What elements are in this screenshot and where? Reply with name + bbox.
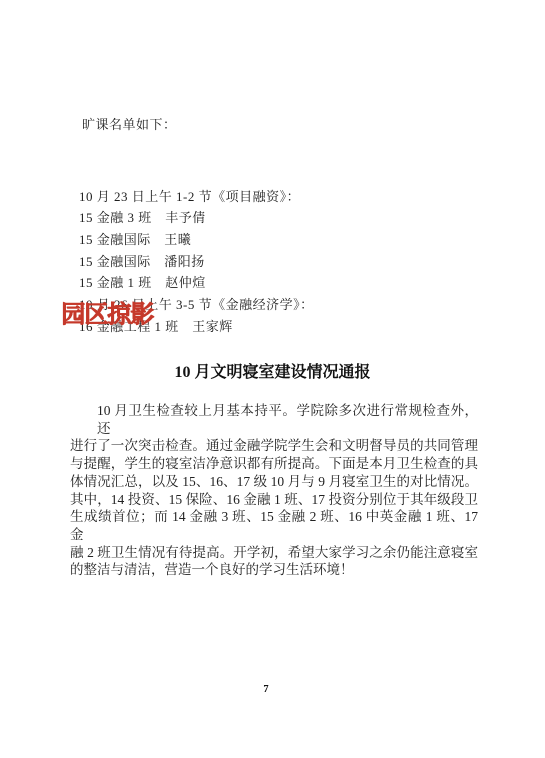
notice-body-line: 进行了一次突击检查。通过金融学院学生会和文明督导员的共同管理 [70,437,478,455]
notice-title: 10 月文明寝室建设情况通报 [0,362,545,384]
section-banner: 园区掠影 [61,300,153,328]
notice-body-line: 其中，14 投资、15 保险、16 金融 1 班、17 投资分别位于其年级段卫 [70,491,478,509]
absence-list-line: 15 金融 3 班 丰予倩 [79,207,314,229]
notice-body-line: 生成绩首位；而 14 金融 3 班、15 金融 2 班、16 中英金融 1 班、… [70,508,478,543]
document-page: 旷课名单如下： 10 月 23 日上午 1-2 节《项目融资》：15 金融 3 … [0,0,545,758]
absence-list-line: 15 金融 1 班 赵仲煊 [79,272,314,294]
absence-list-section: 旷课名单如下： 10 月 23 日上午 1-2 节《项目融资》：15 金融 3 … [79,71,314,381]
notice-body-paragraph: 10 月卫生检查较上月基本持平。学院除多次进行常规检查外，还进行了一次突击检查。… [70,402,478,579]
notice-body-line: 融 2 班卫生情况有待提高。开学初，希望大家学习之余仍能注意寝室 [70,544,478,562]
absence-list-heading: 旷课名单如下： [79,114,314,136]
notice-body-line: 与提醒，学生的寝室洁净意识都有所提高。下面是本月卫生检查的具 [70,455,478,473]
notice-body-line: 体情况汇总，以及 15、16、17 级 10 月与 9 月寝室卫生的对比情况。 [70,473,478,491]
absence-list-line: 15 金融国际 潘阳扬 [79,251,314,273]
absence-list-line: 10 月 23 日上午 1-2 节《项目融资》： [79,186,314,208]
absence-list-line: 15 金融国际 王曦 [79,229,314,251]
notice-body-line: 10 月卫生检查较上月基本持平。学院除多次进行常规检查外，还 [70,402,478,437]
notice-body-line: 的整洁与清洁，营造一个良好的学习生活环境！ [70,561,478,579]
page-number: 7 [0,683,532,697]
